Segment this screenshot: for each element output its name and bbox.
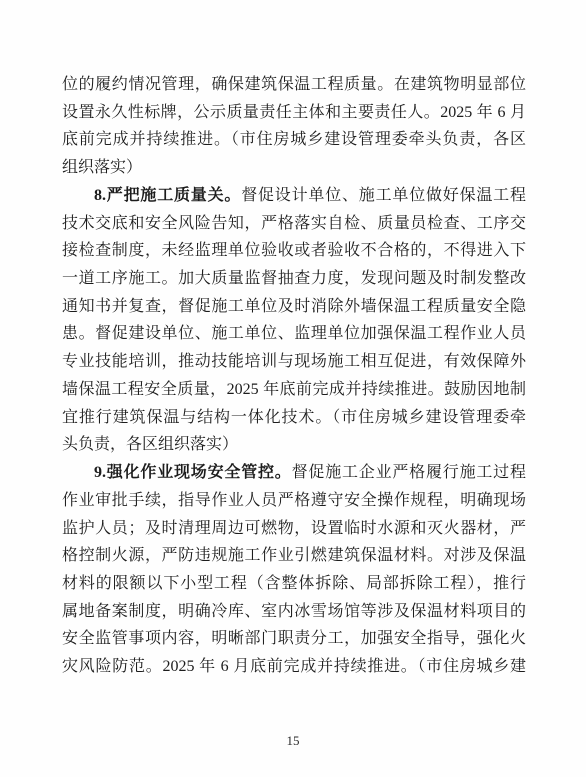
text-line: 接检查制度，未经监理单位验收或者验收不合格的，不得进入下 bbox=[62, 237, 526, 265]
text-line: 墙保温工程安全质量，2025 年底前完成并持续推进。鼓励因地制 bbox=[62, 376, 526, 404]
item-9-heading: 9.强化作业现场安全管控。 bbox=[94, 464, 292, 481]
line-text: 患。督促建设单位、施工单位、监理单位加强保温工程作业人员 bbox=[62, 325, 526, 342]
paragraph-continuation: 位的履约情况管理，确保建筑保温工程质量。在建筑物明显部位 设置永久性标牌，公示质… bbox=[62, 71, 526, 182]
paragraph-item-9: 9.强化作业现场安全管控。督促施工企业严格履行施工过程 作业审批手续，指导作业人… bbox=[62, 459, 526, 681]
text-line: 通知书并复查，督促施工单位及时消除外墙保温工程质量安全隐 bbox=[62, 293, 526, 321]
line-text: 技术交底和安全风险告知，严格落实自检、质量员检查、工序交 bbox=[62, 215, 526, 232]
line-text: 专业技能培训，推动技能培训与现场施工相互促进，有效保障外 bbox=[62, 353, 526, 370]
text-line: 8.严把施工质量关。督促设计单位、施工单位做好保温工程 bbox=[62, 182, 526, 210]
text-line: 安全监管事项内容，明晰部门职责分工，加强安全指导，强化火 bbox=[62, 625, 526, 653]
text-line: 组织落实） bbox=[62, 154, 526, 182]
line-text: 头负责，各区组织落实） bbox=[62, 436, 238, 453]
text-line: 属地备案制度，明确冷库、室内冰雪场馆等涉及保温材料项目的 bbox=[62, 598, 526, 626]
text-line: 专业技能培训，推动技能培训与现场施工相互促进，有效保障外 bbox=[62, 348, 526, 376]
text-line: 作业审批手续，指导作业人员严格遵守安全操作规程，明确现场 bbox=[62, 487, 526, 515]
line-text: 格控制火源，严防违规施工作业引燃建筑保温材料。对涉及保温 bbox=[62, 547, 526, 564]
text-line: 技术交底和安全风险告知，严格落实自检、质量员检查、工序交 bbox=[62, 210, 526, 238]
text-line: 宜推行建筑保温与结构一体化技术。（市住房城乡建设管理委牵 bbox=[62, 404, 526, 432]
text-line: 头负责，各区组织落实） bbox=[62, 431, 526, 459]
paragraph-item-8: 8.严把施工质量关。督促设计单位、施工单位做好保温工程 技术交底和安全风险告知，… bbox=[62, 182, 526, 459]
line-text: 宜推行建筑保温与结构一体化技术。（市住房城乡建设管理委牵 bbox=[62, 409, 526, 426]
text-line: 监护人员；及时清理周边可燃物，设置临时水源和灭火器材，严 bbox=[62, 515, 526, 543]
text-line: 设置永久性标牌，公示质量责任主体和主要责任人。2025 年 6 月 bbox=[62, 99, 526, 127]
line-text: 通知书并复查，督促施工单位及时消除外墙保温工程质量安全隐 bbox=[62, 298, 526, 315]
text-line: 灾风险防范。2025 年 6 月底前完成并持续推进。（市住房城乡建 bbox=[62, 653, 526, 681]
page-number: 15 bbox=[0, 733, 586, 749]
line-text: 接检查制度，未经监理单位验收或者验收不合格的，不得进入下 bbox=[62, 242, 526, 259]
item-8-heading: 8.严把施工质量关。 bbox=[94, 187, 241, 204]
line-text: 作业审批手续，指导作业人员严格遵守安全操作规程，明确现场 bbox=[62, 492, 526, 509]
line-text: 属地备案制度，明确冷库、室内冰雪场馆等涉及保温材料项目的 bbox=[62, 603, 526, 620]
line-text: 安全监管事项内容，明晰部门职责分工，加强安全指导，强化火 bbox=[62, 630, 526, 647]
line-text: 组织落实） bbox=[62, 159, 142, 176]
text-line: 9.强化作业现场安全管控。督促施工企业严格履行施工过程 bbox=[62, 459, 526, 487]
line-text: 材料的限额以下小型工程（含整体拆除、局部拆除工程），推行 bbox=[62, 575, 526, 592]
line-text: 底前完成并持续推进。（市住房城乡建设管理委牵头负责，各区 bbox=[62, 131, 526, 148]
line-text: 一道工序施工。加大质量监督抽查力度，发现问题及时制发整改 bbox=[62, 270, 526, 287]
text-line: 底前完成并持续推进。（市住房城乡建设管理委牵头负责，各区 bbox=[62, 126, 526, 154]
line-text: 督促设计单位、施工单位做好保温工程 bbox=[241, 187, 526, 204]
text-block: 位的履约情况管理，确保建筑保温工程质量。在建筑物明显部位 设置永久性标牌，公示质… bbox=[62, 71, 526, 681]
line-text: 墙保温工程安全质量，2025 年底前完成并持续推进。鼓励因地制 bbox=[62, 381, 526, 398]
line-text: 设置永久性标牌，公示质量责任主体和主要责任人。2025 年 6 月 bbox=[62, 104, 526, 121]
line-text: 监护人员；及时清理周边可燃物，设置临时水源和灭火器材，严 bbox=[62, 520, 526, 537]
text-line: 一道工序施工。加大质量监督抽查力度，发现问题及时制发整改 bbox=[62, 265, 526, 293]
text-line: 位的履约情况管理，确保建筑保温工程质量。在建筑物明显部位 bbox=[62, 71, 526, 99]
document-page: 位的履约情况管理，确保建筑保温工程质量。在建筑物明显部位 设置永久性标牌，公示质… bbox=[0, 0, 586, 777]
line-text: 位的履约情况管理，确保建筑保温工程质量。在建筑物明显部位 bbox=[62, 76, 526, 93]
text-line: 患。督促建设单位、施工单位、监理单位加强保温工程作业人员 bbox=[62, 320, 526, 348]
text-line: 格控制火源，严防违规施工作业引燃建筑保温材料。对涉及保温 bbox=[62, 542, 526, 570]
line-text: 督促施工企业严格履行施工过程 bbox=[292, 464, 526, 481]
line-text: 灾风险防范。2025 年 6 月底前完成并持续推进。（市住房城乡建 bbox=[62, 658, 526, 675]
text-line: 材料的限额以下小型工程（含整体拆除、局部拆除工程），推行 bbox=[62, 570, 526, 598]
